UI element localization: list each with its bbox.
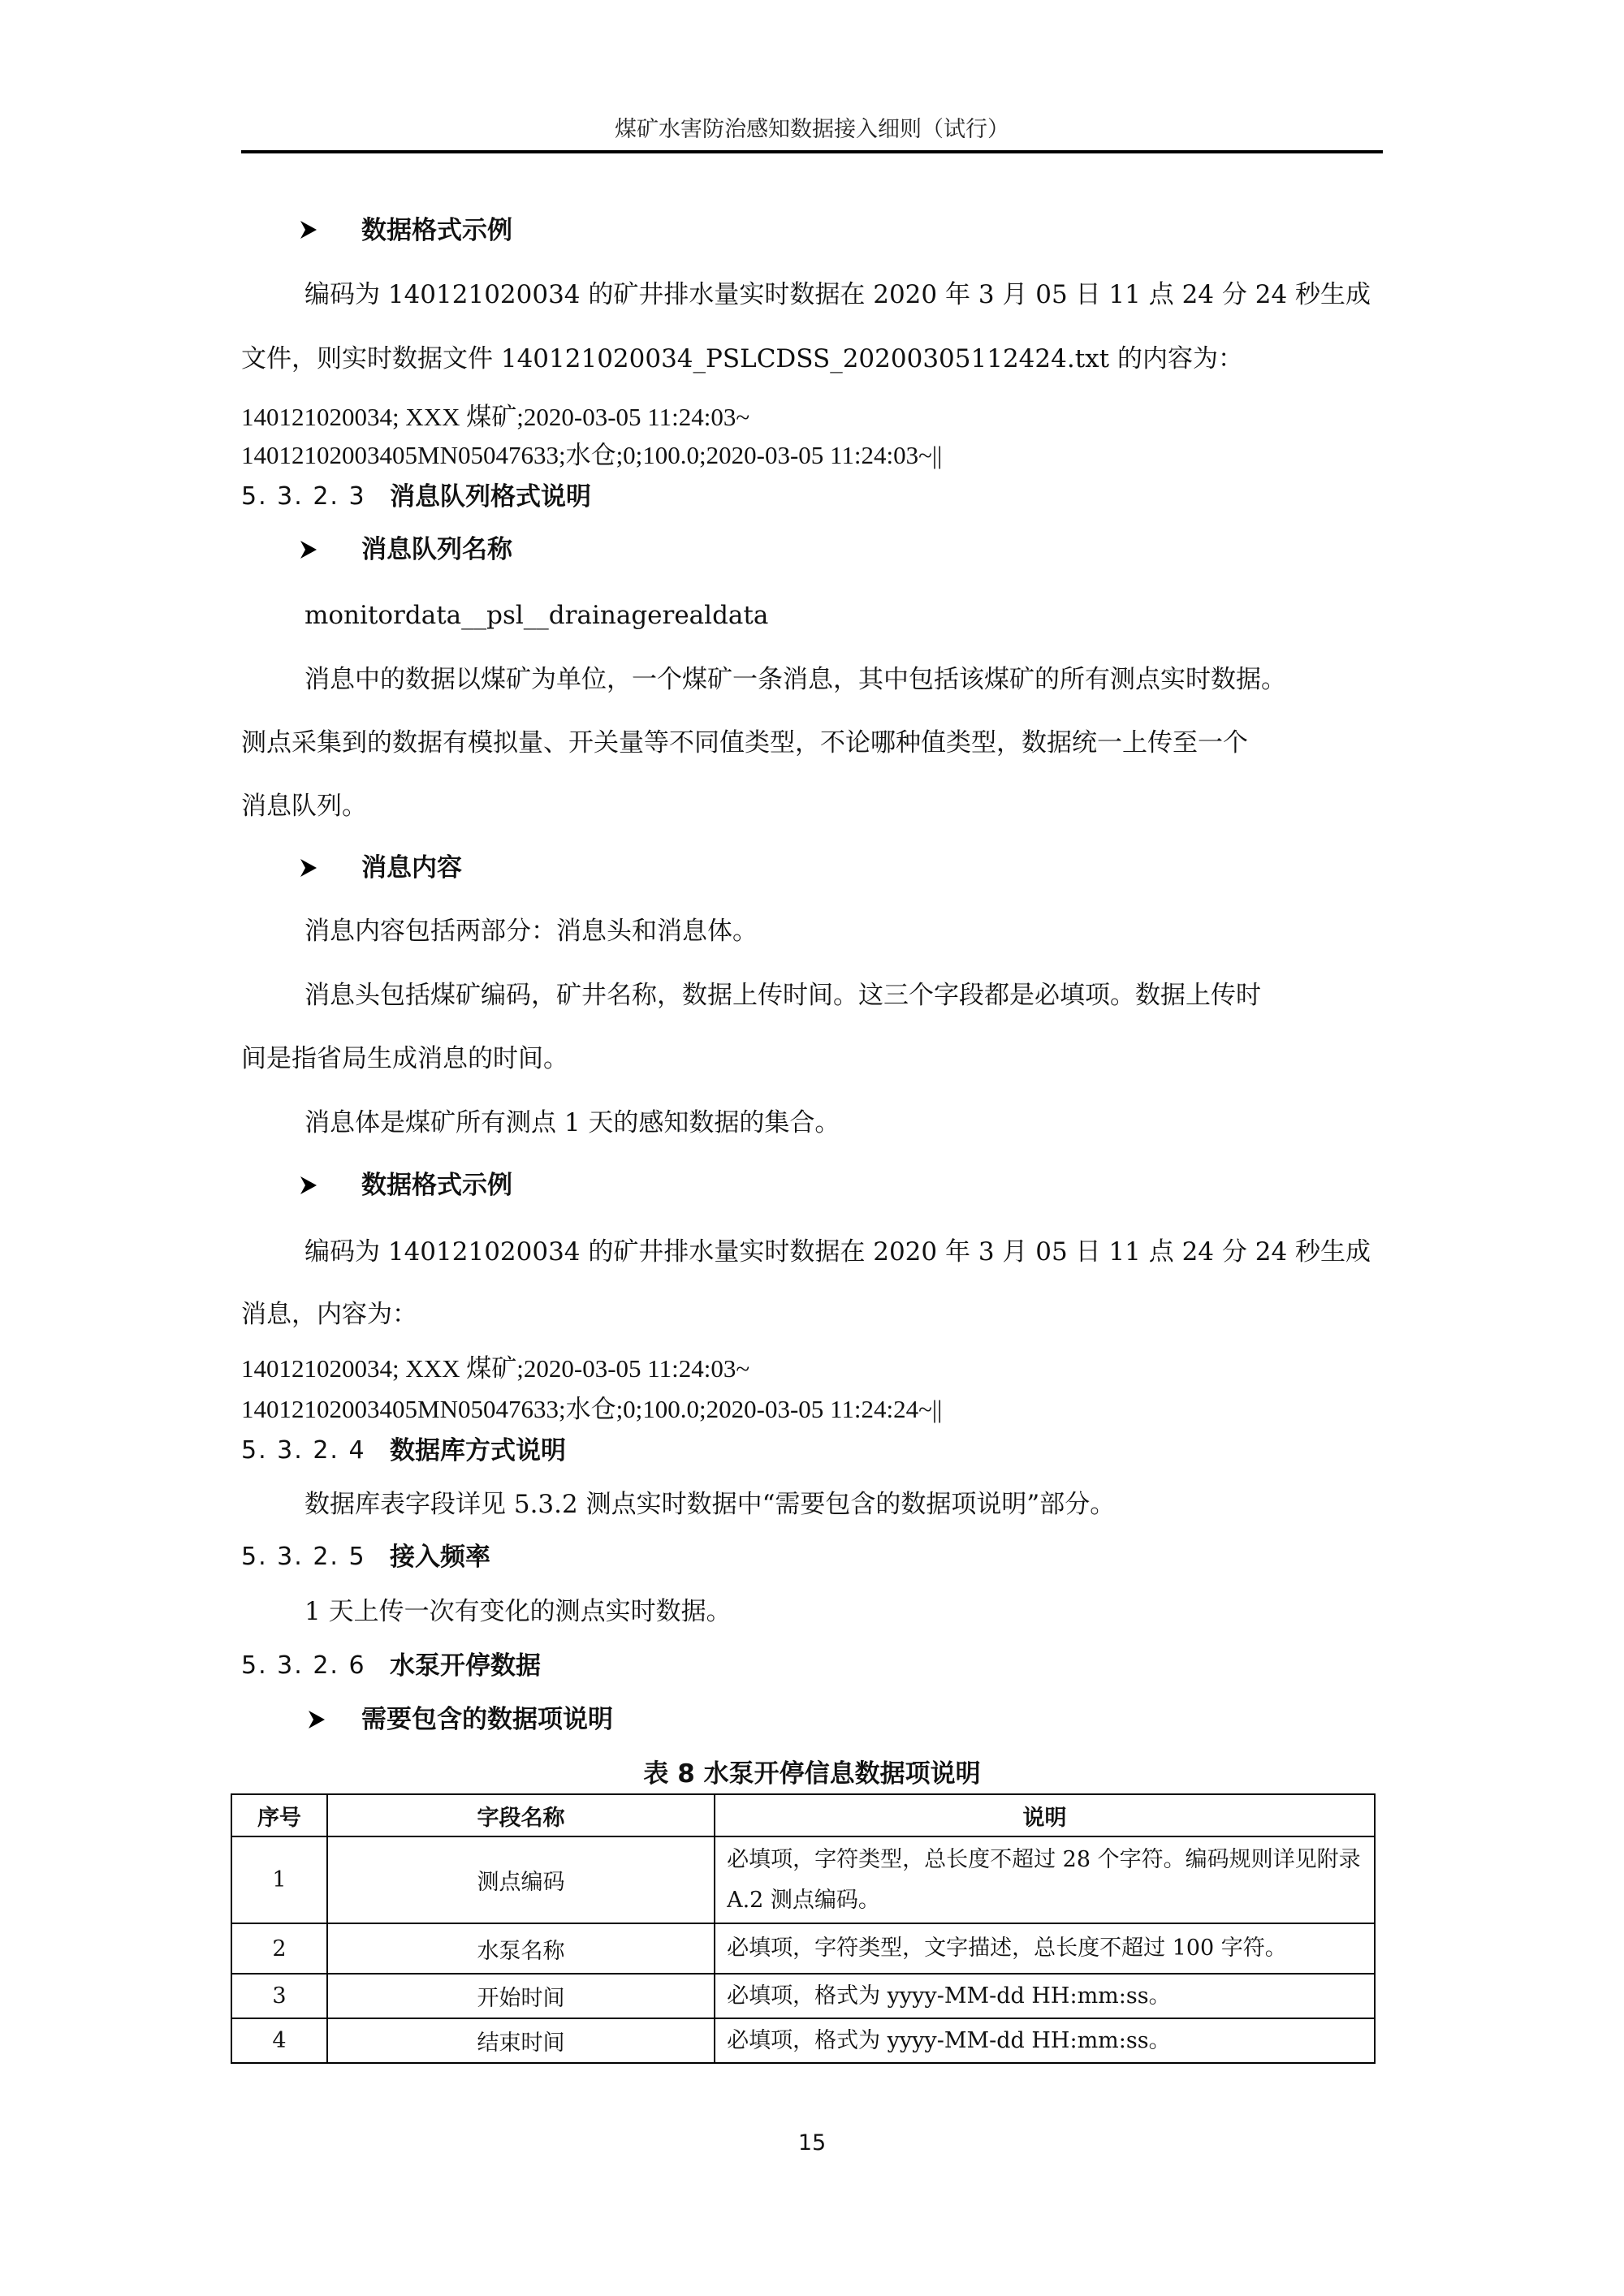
paragraph-line: 消息队列。 <box>241 790 367 822</box>
table-row: 3 开始时间 必填项，格式为 yyyy-MM-dd HH:mm:ss。 <box>231 1974 1375 2018</box>
cell-no: 4 <box>231 2018 327 2063</box>
arrowhead-bullet-icon <box>307 1709 326 1730</box>
section-number: 5. 3. 2. 3 <box>241 481 366 513</box>
cell-description: 必填项，字符类型，总长度不超过 28 个字符。编码规则详见附录 A.2 测点编码… <box>715 1836 1375 1923</box>
bullet-heading-required-items: 需要包含的数据项说明 <box>361 1703 613 1736</box>
queue-name-value: monitordata__psl__drainagerealdata <box>304 599 768 632</box>
bullet-heading-message-content: 消息内容 <box>361 852 462 884</box>
paragraph-line: 消息头包括煤矿编码，矿井名称，数据上传时间。这三个字段都是必填项。数据上传时 <box>304 979 1261 1012</box>
arrowhead-bullet-icon <box>299 219 318 240</box>
section-title: 数据库方式说明 <box>390 1435 566 1467</box>
example-line: 14012102003405MN05047633;水仓;0;100.0;2020… <box>241 439 942 472</box>
cell-field-name: 开始时间 <box>327 1974 715 2018</box>
table-row: 4 结束时间 必填项，格式为 yyyy-MM-dd HH:mm:ss。 <box>231 2018 1375 2063</box>
bullet-heading-queue-name: 消息队列名称 <box>361 533 512 566</box>
example-line: 140121020034; XXX 煤矿;2020-03-05 11:24:03… <box>241 1353 749 1385</box>
section-title: 接入频率 <box>390 1541 490 1573</box>
running-header-title: 煤矿水害防治感知数据接入细则（试行） <box>0 116 1624 144</box>
arrowhead-bullet-icon <box>299 539 318 560</box>
header-rule-divider <box>241 150 1383 153</box>
cell-field-name: 测点编码 <box>327 1836 715 1923</box>
paragraph-line: 测点采集到的数据有模拟量、开关量等不同值类型，不论哪种值类型，数据统一上传至一个 <box>241 727 1248 759</box>
page-number: 15 <box>0 2130 1624 2156</box>
paragraph-line: 消息内容包括两部分：消息头和消息体。 <box>304 915 758 947</box>
cell-description: 必填项，字符类型，文字描述，总长度不超过 100 字符。 <box>715 1923 1375 1974</box>
section-title: 水泵开停数据 <box>390 1650 541 1682</box>
paragraph-line: 文件，则实时数据文件 140121020034_PSLCDSS_20200305… <box>241 343 1243 375</box>
example-line: 140121020034; XXX 煤矿;2020-03-05 11:24:03… <box>241 401 749 434</box>
pump-start-stop-data-table: 序号 字段名称 说明 1 测点编码 必填项，字符类型，总长度不超过 28 个字符… <box>231 1793 1376 2064</box>
paragraph-line: 数据库表字段详见 5.3.2 测点实时数据中“需要包含的数据项说明”部分。 <box>304 1488 1115 1521</box>
paragraph-line: 消息体是煤矿所有测点 1 天的感知数据的集合。 <box>304 1107 840 1139</box>
paragraph-line: 编码为 140121020034 的矿井排水量实时数据在 2020 年 3 月 … <box>304 1236 1371 1268</box>
paragraph-line: 消息中的数据以煤矿为单位，一个煤矿一条消息，其中包括该煤矿的所有测点实时数据。 <box>304 663 1286 696</box>
bullet-heading-data-format-example: 数据格式示例 <box>361 214 512 247</box>
table-row: 2 水泵名称 必填项，字符类型，文字描述，总长度不超过 100 字符。 <box>231 1923 1375 1974</box>
table-caption: 表 8 水泵开停信息数据项说明 <box>0 1758 1624 1790</box>
section-number: 5. 3. 2. 4 <box>241 1435 366 1467</box>
cell-description: 必填项，格式为 yyyy-MM-dd HH:mm:ss。 <box>715 1974 1375 2018</box>
cell-no: 3 <box>231 1974 327 2018</box>
column-header-no: 序号 <box>231 1794 327 1836</box>
section-number: 5. 3. 2. 5 <box>241 1541 366 1573</box>
cell-no: 1 <box>231 1836 327 1923</box>
arrowhead-bullet-icon <box>299 1175 318 1196</box>
cell-description: 必填项，格式为 yyyy-MM-dd HH:mm:ss。 <box>715 2018 1375 2063</box>
cell-field-name: 水泵名称 <box>327 1923 715 1974</box>
paragraph-line: 消息，内容为： <box>241 1298 417 1331</box>
table-row: 1 测点编码 必填项，字符类型，总长度不超过 28 个字符。编码规则详见附录 A… <box>231 1836 1375 1923</box>
table-header-row: 序号 字段名称 说明 <box>231 1794 1375 1836</box>
column-header-field-name: 字段名称 <box>327 1794 715 1836</box>
section-number: 5. 3. 2. 6 <box>241 1650 366 1682</box>
example-line: 14012102003405MN05047633;水仓;0;100.0;2020… <box>241 1393 942 1426</box>
section-title: 消息队列格式说明 <box>390 481 591 513</box>
paragraph-line: 编码为 140121020034 的矿井排水量实时数据在 2020 年 3 月 … <box>304 278 1371 311</box>
paragraph-line: 1 天上传一次有变化的测点实时数据。 <box>304 1595 732 1628</box>
bullet-heading-data-format-example: 数据格式示例 <box>361 1169 512 1202</box>
column-header-description: 说明 <box>715 1794 1375 1836</box>
arrowhead-bullet-icon <box>299 857 318 878</box>
paragraph-line: 间是指省局生成消息的时间。 <box>241 1042 568 1075</box>
cell-field-name: 结束时间 <box>327 2018 715 2063</box>
cell-no: 2 <box>231 1923 327 1974</box>
